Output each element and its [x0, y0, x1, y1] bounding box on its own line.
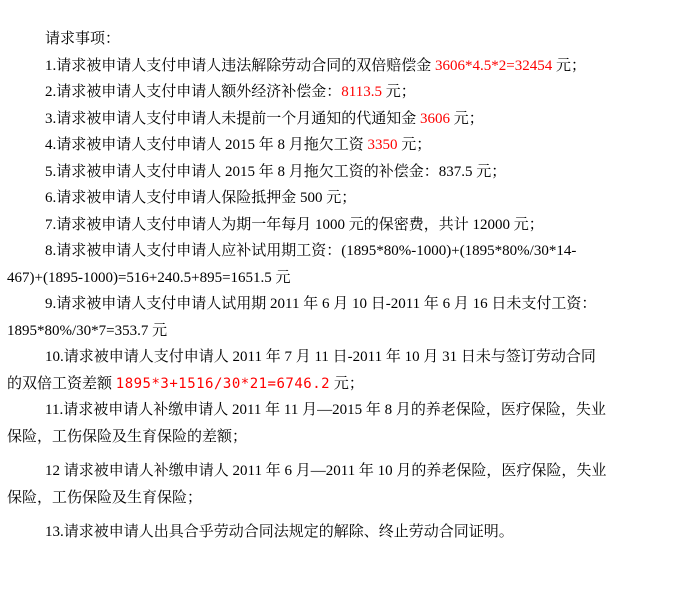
- claim-text: 9.请求被申请人支付申请人试用期 2011 年 6 月 10 日-2011 年 …: [45, 296, 596, 312]
- amount-highlight: 3606: [420, 111, 450, 127]
- amount-highlight: 8113.5: [341, 84, 382, 100]
- claim-text: 保险，工伤保险及生育保险；: [7, 490, 202, 506]
- claim-text: 3.请求被申请人支付申请人未提前一个月通知的代通知金: [45, 111, 420, 127]
- amount-highlight: 1895*3+1516/30*21=6746.2: [116, 376, 330, 392]
- claim-text: 元；: [450, 111, 484, 127]
- page-title: 请求事项：: [7, 26, 669, 53]
- claim-text: 1.请求被申请人支付申请人违法解除劳动合同的双倍赔偿金: [45, 58, 435, 74]
- claim-text: 1895*80%/30*7=353.7 元: [7, 323, 167, 339]
- claim-item-12: 12 请求被申请人补缴申请人 2011 年 6 月—2011 年 10 月的养老…: [7, 458, 669, 511]
- claim-item-9: 9.请求被申请人支付申请人试用期 2011 年 6 月 10 日-2011 年 …: [7, 291, 669, 344]
- claim-text: 8.请求被申请人支付申请人应补试用期工资：(1895*80%-1000)+(18…: [45, 243, 576, 259]
- claim-text: 467)+(1895-1000)=516+240.5+895=1651.5 元: [7, 270, 291, 286]
- claim-text: 元；: [552, 58, 586, 74]
- claim-text: 11.请求被申请人补缴申请人 2011 年 11 月—2015 年 8 月的养老…: [45, 402, 606, 418]
- claim-item-10: 10.请求被申请人支付申请人 2011 年 7 月 11 日-2011 年 10…: [7, 344, 669, 397]
- claim-item-7: 7.请求被申请人支付申请人为期一年每月 1000 元的保密费，共计 12000 …: [7, 212, 669, 239]
- claim-item-5: 5.请求被申请人支付申请人 2015 年 8 月拖欠工资的补偿金：837.5 元…: [7, 159, 669, 186]
- claim-text: 10.请求被申请人支付申请人 2011 年 7 月 11 日-2011 年 10…: [45, 349, 596, 365]
- claim-item-6: 6.请求被申请人支付申请人保险抵押金 500 元；: [7, 185, 669, 212]
- claim-text: 6.请求被申请人支付申请人保险抵押金 500 元；: [45, 190, 356, 206]
- amount-highlight: 3350: [368, 137, 398, 153]
- claim-item-3: 3.请求被申请人支付申请人未提前一个月通知的代通知金 3606 元；: [7, 106, 669, 133]
- claim-item-13: 13.请求被申请人出具合乎劳动合同法规定的解除、终止劳动合同证明。: [7, 519, 669, 546]
- document-page: 请求事项： 1.请求被申请人支付申请人违法解除劳动合同的双倍赔偿金 3606*4…: [0, 0, 678, 603]
- claim-item-8: 8.请求被申请人支付申请人应补试用期工资：(1895*80%-1000)+(18…: [7, 238, 669, 291]
- claim-text: 4.请求被申请人支付申请人 2015 年 8 月拖欠工资: [45, 137, 368, 153]
- claim-text: 13.请求被申请人出具合乎劳动合同法规定的解除、终止劳动合同证明。: [45, 524, 514, 540]
- claim-item-4: 4.请求被申请人支付申请人 2015 年 8 月拖欠工资 3350 元；: [7, 132, 669, 159]
- claim-item-2: 2.请求被申请人支付申请人额外经济补偿金：8113.5 元；: [7, 79, 669, 106]
- claim-text: 7.请求被申请人支付申请人为期一年每月 1000 元的保密费，共计 12000 …: [45, 217, 544, 233]
- amount-highlight: 3606*4.5*2=32454: [435, 58, 552, 74]
- claim-item-11: 11.请求被申请人补缴申请人 2011 年 11 月—2015 年 8 月的养老…: [7, 397, 669, 450]
- claim-item-1: 1.请求被申请人支付申请人违法解除劳动合同的双倍赔偿金 3606*4.5*2=3…: [7, 53, 669, 80]
- claim-text: 元；: [398, 137, 432, 153]
- claim-text: 2.请求被申请人支付申请人额外经济补偿金：: [45, 84, 341, 100]
- claim-text: 保险，工伤保险及生育保险的差额；: [7, 429, 247, 445]
- claim-text: 12 请求被申请人补缴申请人 2011 年 6 月—2011 年 10 月的养老…: [45, 463, 606, 479]
- claim-text: 的双倍工资差额: [7, 376, 116, 392]
- claim-text: 元；: [382, 84, 416, 100]
- claim-text: 5.请求被申请人支付申请人 2015 年 8 月拖欠工资的补偿金：837.5 元…: [45, 164, 506, 180]
- claims-list: 1.请求被申请人支付申请人违法解除劳动合同的双倍赔偿金 3606*4.5*2=3…: [7, 53, 669, 546]
- claim-text: 元；: [330, 376, 364, 392]
